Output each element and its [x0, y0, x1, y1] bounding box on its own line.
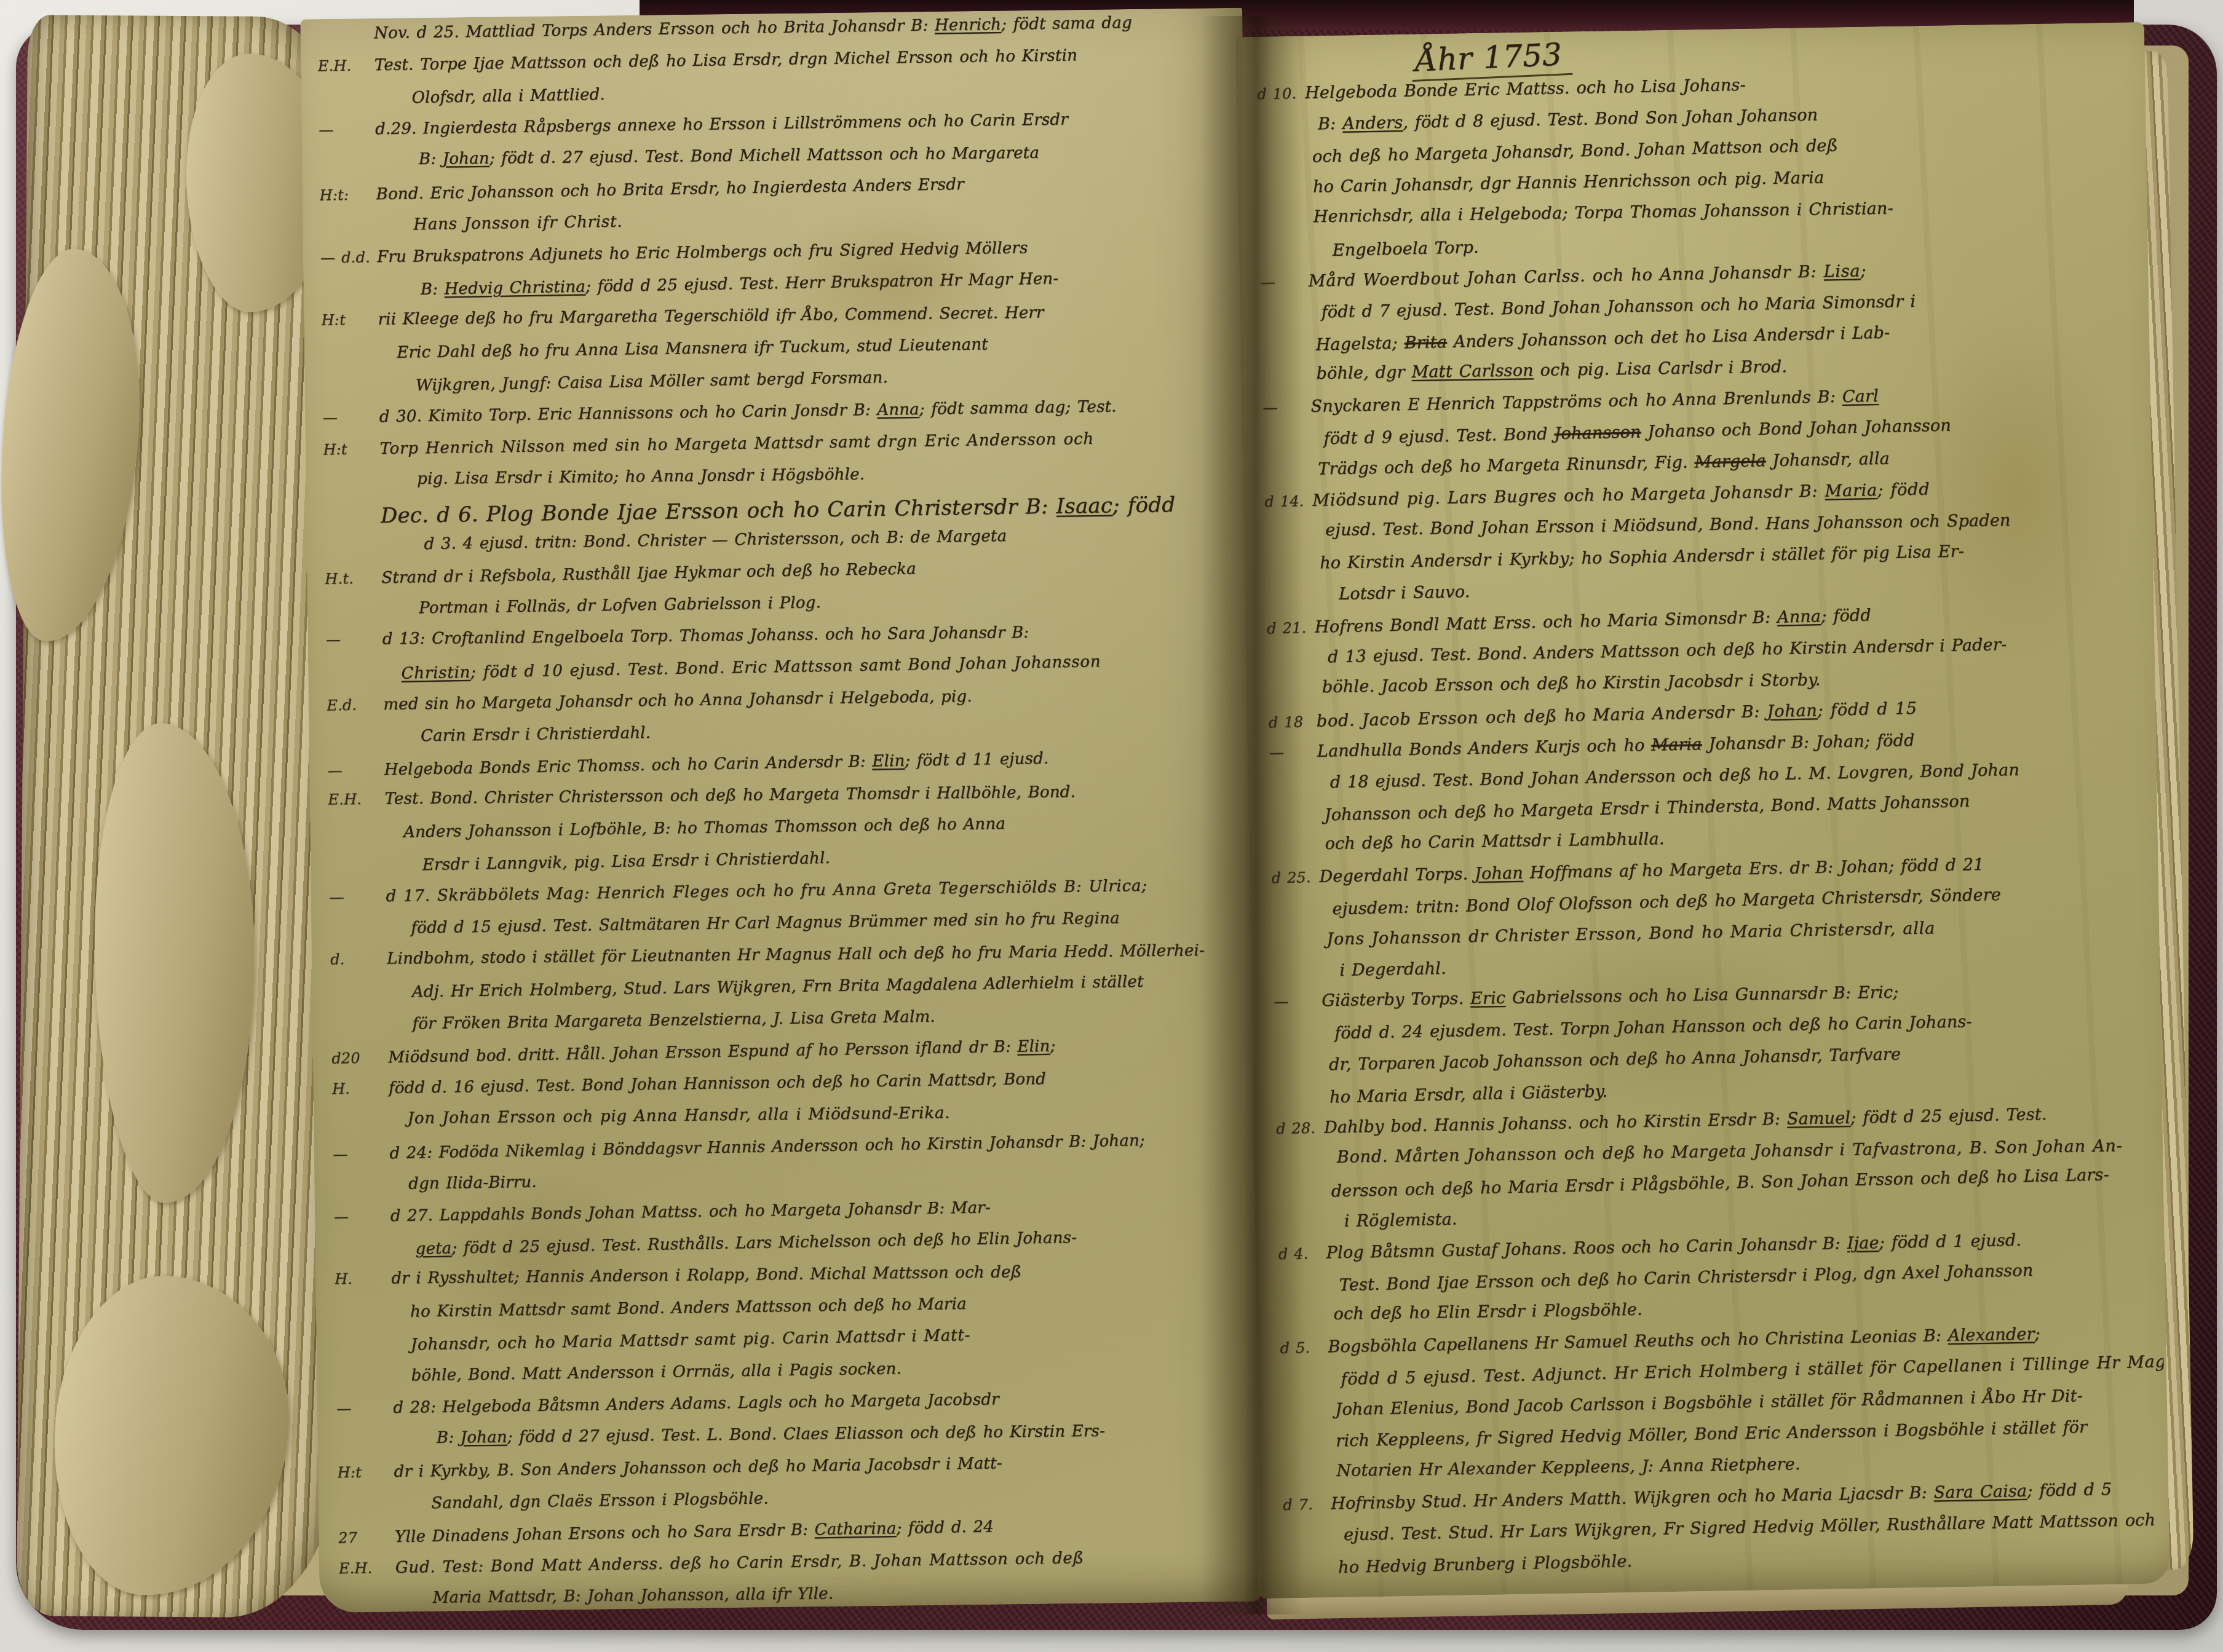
margin-mark: [1262, 350, 1310, 352]
margin-mark: [333, 1189, 390, 1190]
margin-mark: [327, 679, 383, 680]
margin-mark: d 10.: [1257, 85, 1306, 103]
margin-mark: [1268, 692, 1316, 693]
margin-mark: [1259, 192, 1307, 193]
margin-mark: —: [333, 1145, 389, 1163]
margin-mark: —: [1262, 398, 1311, 416]
margin-mark: [1272, 915, 1320, 916]
right-page-text: Åhr 1753 d 10.Helgeboda Bonde Eric Matts…: [1256, 28, 2168, 1613]
margin-mark: d 5.: [1280, 1339, 1328, 1357]
underlined-name: Samuel: [1787, 1109, 1851, 1129]
margin-mark: H.: [335, 1270, 391, 1288]
margin-mark: [1274, 1039, 1322, 1040]
margin-mark: [325, 550, 381, 550]
margin-mark: d20: [331, 1049, 388, 1067]
margin-mark: [1266, 600, 1314, 601]
margin-mark: [1281, 1385, 1329, 1386]
margin-mark: [1262, 379, 1310, 379]
margin-mark: —: [329, 888, 386, 906]
margin-mark: H:t:: [319, 186, 376, 204]
margin-mark: [1284, 1573, 1332, 1575]
margin-mark: [324, 523, 381, 523]
margin-mark: [317, 38, 374, 39]
underlined-name: Alexander: [1948, 1325, 2035, 1346]
margin-mark: [321, 295, 378, 296]
margin-mark: [331, 997, 387, 998]
margin-mark: [1270, 821, 1318, 822]
underlined-name: Ijae: [1847, 1233, 1879, 1253]
margin-mark: [1258, 162, 1306, 164]
underlined-name: Lisa: [1823, 261, 1860, 281]
margin-mark: [1282, 1476, 1330, 1477]
margin-mark: [1274, 976, 1322, 977]
page-heading: Åhr 1753: [1411, 36, 1572, 82]
margin-mark: [319, 165, 376, 165]
margin-mark: [323, 484, 380, 485]
line-text: i Degerdahl.: [1321, 959, 1446, 981]
margin-mark: [1258, 130, 1306, 130]
line-text: Maria Mattsdr, B: Johan Johansson, alla …: [396, 1584, 834, 1607]
margin-mark: [338, 1509, 395, 1509]
margin-mark: [336, 1381, 393, 1381]
margin-mark: —: [328, 761, 384, 780]
margin-mark: d 7.: [1283, 1496, 1331, 1514]
underlined-name: Catharina: [814, 1519, 896, 1539]
underlined-name: Johan: [443, 149, 489, 168]
margin-mark: [1275, 1103, 1323, 1104]
line-text: dgn Ilida-Birru.: [390, 1173, 537, 1193]
struck-text: Brita: [1404, 333, 1447, 352]
margin-mark: [325, 614, 382, 614]
underlined-name: Matt Carlsson: [1411, 361, 1534, 382]
margin-mark: d 14.: [1264, 492, 1313, 510]
margin-mark: H:t: [338, 1463, 394, 1481]
margin-mark: [1270, 788, 1318, 789]
margin-mark: [1267, 663, 1315, 663]
margin-mark: [339, 1603, 396, 1603]
margin-mark: —: [1274, 992, 1322, 1010]
margin-mark: —: [323, 408, 379, 426]
margin-mark: [1277, 1197, 1325, 1198]
margin-mark: 27: [338, 1528, 395, 1547]
torn-page-edge: [88, 721, 261, 1204]
margin-mark: —: [326, 631, 382, 649]
right-page-entries: d 10.Helgeboda Bonde Eric Mattss. och ho…: [1257, 68, 2168, 1589]
struck-text: Margela: [1694, 451, 1766, 472]
margin-mark: [1265, 536, 1313, 536]
margin-mark: E.H.: [339, 1559, 395, 1577]
margin-mark: [336, 1350, 392, 1351]
left-page-edge-stack: [17, 15, 347, 1618]
underlined-name: Christin: [401, 663, 470, 683]
margin-mark: —: [336, 1399, 393, 1417]
margin-mark: [327, 741, 384, 742]
margin-mark: [1277, 1163, 1325, 1163]
margin-mark: —: [334, 1207, 390, 1225]
underlined-name: Elin: [1017, 1037, 1050, 1056]
line-text: Lotsdr i Sauvo.: [1314, 582, 1470, 604]
margin-mark: [1264, 445, 1312, 446]
margin-mark: [1282, 1447, 1330, 1447]
margin-mark: E.d.: [327, 696, 383, 714]
torn-page-edge: [48, 1271, 295, 1600]
margin-mark: —: [1269, 743, 1318, 761]
margin-mark: H:t: [323, 440, 379, 458]
margin-mark: [1259, 222, 1307, 223]
underlined-name: Elin: [872, 752, 905, 771]
underlined-name: Eric: [1470, 989, 1506, 1008]
underlined-name: Maria: [1825, 481, 1877, 501]
line-text: Engelboela Torp.: [1308, 238, 1480, 261]
margin-mark: [1266, 569, 1314, 569]
margin-mark: — d.d.: [320, 248, 377, 266]
margin-mark: [1260, 256, 1308, 258]
margin-mark: —: [1261, 273, 1309, 291]
margin-mark: [335, 1254, 391, 1255]
margin-mark: [1261, 318, 1309, 318]
line-text: Carin Ersdr i Christierdahl.: [384, 724, 651, 746]
underlined-name: Sara Caisa: [1933, 1482, 2027, 1503]
struck-text: Johansson: [1554, 422, 1641, 443]
margin-mark: d.: [330, 950, 387, 968]
underlined-name: Henrich: [935, 15, 1002, 35]
book-photo: Nov. d 25. Mattliad Torps Anders Ersson …: [0, 0, 2223, 1652]
underlined-name: Isaac: [1056, 494, 1112, 519]
margin-mark: H.t.: [325, 569, 381, 588]
margin-mark: [329, 871, 386, 872]
underlined-name: Hedvig Christina: [444, 277, 585, 298]
underlined-name: Anna: [1777, 607, 1821, 627]
underlined-name: Johan: [1475, 864, 1524, 883]
underlined-name: Anna: [877, 400, 919, 419]
margin-mark: d 21.: [1267, 619, 1315, 638]
underlined-name: geta: [415, 1239, 451, 1258]
margin-mark: [1280, 1319, 1328, 1320]
left-page-text: Nov. d 25. Mattliad Torps Anders Ersson …: [317, 12, 1257, 1627]
margin-mark: [1271, 849, 1319, 850]
margin-mark: [320, 230, 377, 231]
margin-mark: d 18: [1269, 713, 1317, 732]
margin-mark: [1282, 1415, 1329, 1416]
margin-mark: [335, 1317, 392, 1318]
line-text: Olofsdr, alla i Mattlied.: [374, 85, 605, 108]
margin-mark: [333, 1124, 389, 1124]
margin-mark: [331, 1029, 388, 1030]
margin-mark: H:t: [321, 311, 378, 329]
margin-mark: —: [319, 121, 375, 138]
margin-mark: [1275, 1070, 1323, 1071]
margin-mark: [1273, 945, 1321, 946]
margin-mark: [330, 933, 387, 934]
margin-mark: [337, 1444, 394, 1444]
margin-mark: E.H.: [318, 57, 374, 74]
margin-mark: H.: [332, 1080, 389, 1097]
margin-mark: [328, 837, 385, 838]
margin-mark: [1264, 475, 1312, 475]
line-text: och deß ho Elin Ersdr i Plogsböhle.: [1327, 1300, 1642, 1324]
underlined-name: Johan: [1767, 701, 1818, 721]
margin-mark: [319, 103, 375, 105]
margin-mark: [322, 358, 378, 358]
margin-mark: [1278, 1227, 1326, 1228]
underlined-name: Anders: [1342, 113, 1403, 133]
margin-mark: [322, 391, 379, 392]
struck-text: Maria: [1651, 735, 1702, 755]
margin-mark: d 25.: [1271, 869, 1320, 887]
underlined-name: Carl: [1842, 387, 1879, 406]
underlined-name: Johan: [461, 1428, 507, 1447]
margin-mark: [1279, 1291, 1327, 1292]
margin-mark: [1283, 1541, 1331, 1541]
margin-mark: d 4.: [1278, 1245, 1327, 1263]
margin-mark: d 28.: [1276, 1120, 1325, 1137]
margin-mark: E.H.: [328, 791, 384, 808]
